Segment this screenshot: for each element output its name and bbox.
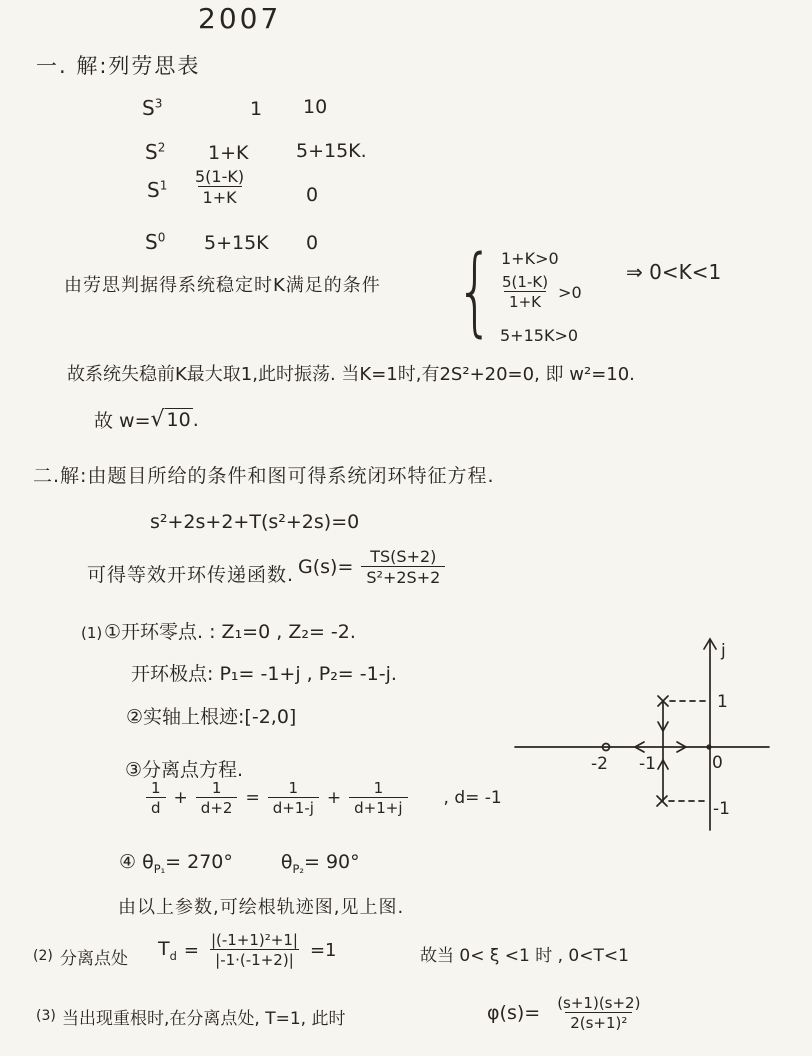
departure-angles-line: ④ θP₁= 270° θP₂= 90° [119, 851, 360, 876]
curly-brace-icon: { [456, 240, 494, 342]
tf-lhs: G(s)= [298, 556, 353, 578]
routh-cell: 0 [306, 232, 318, 254]
fraction-numerator: 5(1-K) [497, 274, 553, 291]
radical-sign-icon: √ [151, 407, 165, 432]
routh-cell: 5+15K. [296, 140, 367, 162]
routh-cell: 1 [250, 98, 262, 120]
real-tick-label: 0 [712, 753, 723, 773]
routh-cell: 1+K [208, 142, 248, 164]
fraction-denominator: 2(s+1)² [565, 1012, 632, 1031]
period: . [193, 409, 199, 431]
td-result: =1 [310, 940, 337, 961]
equals-operator: = [184, 940, 199, 961]
condition-inequality: >0 [558, 283, 582, 302]
td-fraction: |(-1+1)²+1| |-1·(-1+2)| [206, 932, 303, 968]
equation-fraction: 1 d+1-j [268, 780, 319, 816]
routh-row-label: S2 [145, 140, 165, 164]
open-loop-zeros-line: ①开环零点. : Z₁=0 , Z₂= -2. [104, 617, 356, 644]
item-3-number: (3) [36, 1008, 56, 1024]
td-symbol: Td [158, 938, 177, 963]
fraction-denominator: 1+K [198, 186, 242, 206]
open-loop-transfer-function: G(s)= TS(S+2) S²+2S+2 [298, 548, 445, 587]
routh-cell: 10 [303, 96, 327, 118]
angle-value: = 270° [165, 851, 233, 873]
tf-fraction: TS(S+2) S²+2S+2 [361, 548, 445, 587]
equation-fraction: 1 d [146, 780, 166, 816]
fraction-numerator: (s+1)(s+2) [552, 995, 645, 1012]
fraction-numerator: |(-1+1)²+1| [206, 932, 303, 949]
plus-operator: + [174, 788, 188, 808]
fraction-numerator: 5(1-K) [190, 168, 249, 186]
fraction-denominator: 1+K [504, 291, 546, 310]
condition-fraction: 5(1-K) 1+K [497, 274, 553, 310]
angle-label: ④ θ [119, 851, 154, 873]
routh-cell-fraction: 5(1-K) 1+K [190, 168, 249, 207]
fraction-denominator: d [146, 797, 166, 816]
fraction-denominator: |-1·(-1+2)| [210, 949, 299, 968]
fraction-denominator: d+1-j [268, 797, 319, 816]
phi-lhs: φ(s)= [487, 1002, 540, 1024]
implication-result: ⇒ 0<K<1 [626, 260, 721, 284]
page-title-year: 2007 [198, 2, 281, 35]
angle-label: θ [281, 851, 293, 873]
fraction-numerator: 1 [369, 780, 389, 797]
pole-marker-icon [657, 796, 667, 806]
phi-transfer-function: φ(s)= (s+1)(s+2) 2(s+1)² [487, 995, 645, 1031]
separation-point-label: 分离点处 [60, 944, 128, 969]
characteristic-equation: s²+2s+2+T(s²+2s)=0 [150, 511, 359, 533]
oscillation-analysis-line: 故系统失稳前K最大取1,此时振荡. 当K=1时,有2S²+20=0, 即 w²=… [67, 360, 635, 386]
routh-s-base: S [145, 140, 158, 164]
imag-axis-label: j [720, 641, 726, 661]
plus-operator: + [327, 788, 341, 808]
item-1-number: (1) [81, 624, 102, 642]
real-tick-label: -1 [639, 754, 656, 774]
equals-operator: = [245, 788, 259, 808]
routh-s-exp: 2 [158, 140, 166, 154]
breakaway-point-equation: 1 d + 1 d+2 = 1 d+1-j + 1 d+1+j , d= -1 [146, 780, 502, 816]
angle-value: = 90° [304, 851, 360, 873]
omega-prefix: 故 w= [94, 406, 151, 433]
routh-s-exp: 1 [160, 178, 168, 192]
fraction-numerator: 1 [146, 780, 166, 797]
imag-tick-label: -1 [713, 799, 730, 819]
real-axis-locus-line: ②实轴上根迹:[-2,0] [126, 702, 296, 729]
fraction-numerator: 1 [284, 780, 304, 797]
condition-1: 1+K>0 [501, 249, 559, 268]
omega-result: 故 w= √ 10 . [94, 406, 199, 433]
problem2-heading: 二.解:由题目所给的条件和图可得系统闭环特征方程. [33, 461, 494, 488]
routh-s-base: S [147, 178, 160, 202]
routh-s-exp: 3 [155, 96, 163, 110]
problem1-heading: 一. 解:列劳思表 [36, 50, 200, 80]
td-base: T [158, 938, 170, 960]
fraction-denominator: d+1+j [349, 797, 407, 816]
fraction-denominator: S²+2S+2 [361, 566, 445, 586]
origin-zero-dot-icon [706, 744, 711, 749]
fraction-numerator: 1 [207, 780, 227, 797]
scanned-homework-page: 2007 一. 解:列劳思表 S3 1 10 S2 1+K 5+15K. S1 … [0, 0, 812, 1056]
routh-table: S3 1 10 S2 1+K 5+15K. S1 5(1-K) 1+K 0 S0… [140, 92, 390, 264]
equation-fraction: 1 d+1+j [349, 780, 407, 816]
routh-row-label: S3 [142, 96, 162, 120]
condition-2: 5(1-K) 1+K >0 [497, 274, 582, 310]
td-equation: Td = |(-1+1)²+1| |-1·(-1+2)| =1 [158, 932, 337, 968]
angle-subscript: P₁ [154, 862, 165, 876]
routh-row-label: S1 [147, 178, 167, 202]
root-locus-diagram: j 1 -1 -2 -1 0 [505, 616, 805, 844]
equation-fraction: 1 d+2 [196, 780, 238, 816]
equivalent-tf-label: 可得等效开环传递函数. [87, 560, 294, 587]
td-subscript: d [170, 949, 177, 963]
routh-cell: 5+15K [204, 232, 269, 254]
routh-s-exp: 0 [158, 230, 166, 244]
breakaway-equation-heading: ③分离点方程. [125, 755, 243, 782]
real-tick-label: -2 [591, 754, 608, 774]
fraction-denominator: d+2 [196, 797, 238, 816]
open-loop-poles-line: 开环极点: P₁= -1+j , P₂= -1-j. [131, 659, 397, 686]
double-root-text: 当出现重根时,在分离点处, T=1, 此时 [62, 1004, 345, 1029]
locus-drawing-note: 由以上参数,可绘根轨迹图,见上图. [118, 893, 404, 919]
routh-s-base: S [145, 230, 158, 254]
imag-tick-label: 1 [717, 692, 728, 712]
item-2-number: (2) [33, 948, 53, 964]
routh-s-base: S [142, 96, 155, 120]
item-2-conclusion: 故当 0< ξ <1 时 , 0<T<1 [420, 941, 629, 966]
angle-subscript: P₂ [293, 862, 304, 876]
condition-3: 5+15K>0 [500, 326, 578, 345]
routh-cell: 0 [306, 184, 318, 206]
radicand: 10 [165, 408, 193, 431]
routh-row-label: S0 [145, 230, 165, 254]
fraction-numerator: TS(S+2) [365, 548, 441, 566]
breakaway-solution: , d= -1 [444, 788, 502, 808]
phi-fraction: (s+1)(s+2) 2(s+1)² [552, 995, 645, 1031]
stability-condition-intro: 由劳思判据得系统稳定时K满足的条件 [64, 271, 381, 297]
